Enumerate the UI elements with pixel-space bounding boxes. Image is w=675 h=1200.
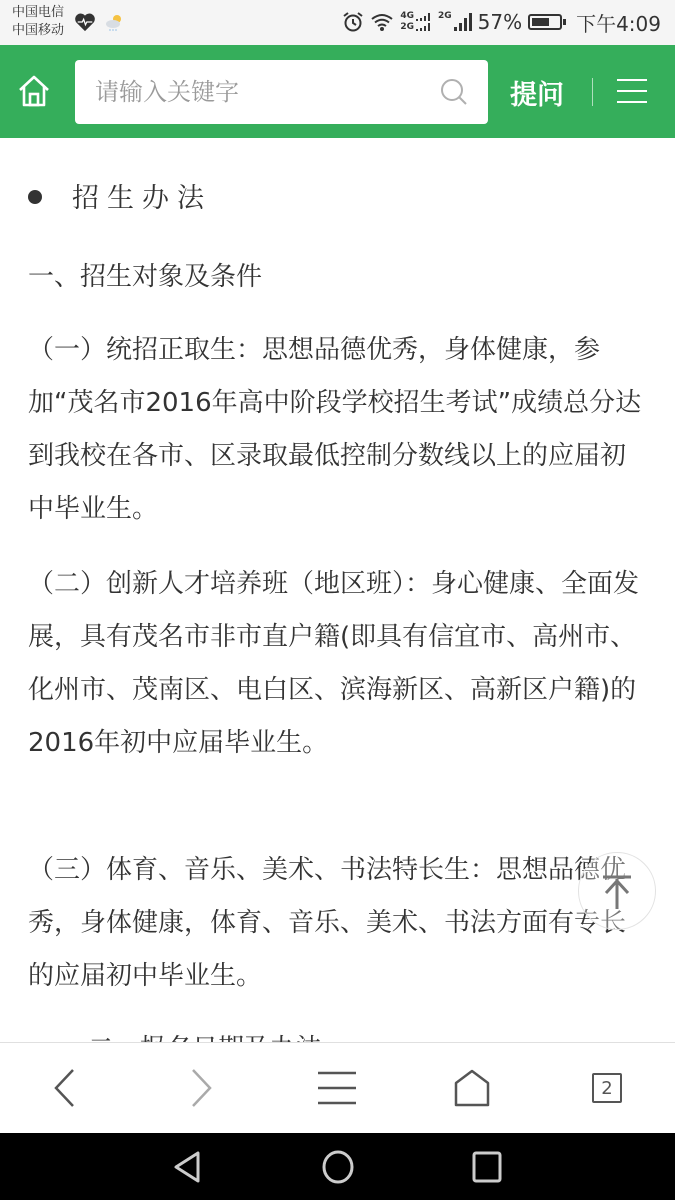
- carrier-info: 中国电信 中国移动: [12, 4, 64, 40]
- nav-recents-icon[interactable]: [467, 1147, 507, 1187]
- home-outline-icon: [454, 1069, 490, 1107]
- chevron-right-icon: [189, 1068, 213, 1108]
- section-title-text: 招生办法: [72, 183, 212, 214]
- wifi-icon: [370, 12, 394, 32]
- paragraph-3: （三）体育、音乐、美术、书法特长生：思想品德优秀，身体健康，体育、音乐、美术、书…: [28, 844, 643, 1003]
- carrier-2: 中国移动: [12, 22, 64, 40]
- system-nav-bar: [0, 1133, 675, 1200]
- status-right: 4G 2G 2G 57% 下午4:09: [342, 8, 661, 36]
- browser-menu-button[interactable]: [312, 1063, 362, 1113]
- carrier-1: 中国电信: [12, 4, 64, 22]
- ask-question-button[interactable]: 提问: [510, 73, 564, 112]
- arrow-up-icon: [579, 853, 655, 929]
- menu-lines-icon: [318, 1071, 356, 1105]
- paragraph-1: （一）统招正取生：思想品德优秀，身体健康，参加“茂名市2016年高中阶段学校招生…: [28, 324, 643, 536]
- weather-cloudy-sun-icon: [104, 13, 124, 33]
- site-header: 提问: [0, 45, 675, 138]
- status-bar: 中国电信 中国移动 4G 2G: [0, 0, 675, 45]
- tabs-button[interactable]: 2: [582, 1063, 632, 1113]
- browser-toolbar: 2: [0, 1042, 675, 1133]
- header-divider: [592, 78, 593, 106]
- battery-icon: [528, 14, 562, 30]
- heading-enrollment-targets: 一、招生对象及条件: [28, 256, 262, 293]
- signal-2g-icon: 2G: [438, 12, 472, 32]
- tab-count-badge: 2: [592, 1073, 622, 1103]
- net-type-bottom: 2G: [400, 23, 414, 32]
- section-title: 招生办法: [28, 176, 212, 215]
- back-button[interactable]: [40, 1063, 90, 1113]
- alarm-icon: [342, 11, 364, 33]
- net-type-top: 4G: [400, 12, 414, 21]
- signal-4g-2g-icon: 4G 2G: [400, 12, 432, 32]
- battery-percent: 57%: [478, 10, 522, 34]
- home-icon[interactable]: [16, 73, 52, 109]
- bullet-icon: [28, 190, 42, 204]
- forward-button[interactable]: [176, 1063, 226, 1113]
- net-type-2: 2G: [438, 12, 452, 21]
- nav-home-icon[interactable]: [318, 1147, 358, 1187]
- back-to-top-button[interactable]: [578, 852, 656, 930]
- clock: 下午4:09: [576, 8, 661, 37]
- paragraph-2: （二）创新人才培养班（地区班）：身心健康、全面发展，具有茂名市非市直户籍(即具有…: [28, 558, 643, 770]
- menu-icon[interactable]: [617, 78, 647, 104]
- search-box[interactable]: [75, 60, 488, 124]
- search-icon[interactable]: [440, 78, 468, 106]
- search-input[interactable]: [95, 60, 435, 124]
- heart-rate-icon: [74, 12, 96, 32]
- chevron-left-icon: [53, 1068, 77, 1108]
- nav-back-icon[interactable]: [168, 1147, 208, 1187]
- browser-home-button[interactable]: [447, 1063, 497, 1113]
